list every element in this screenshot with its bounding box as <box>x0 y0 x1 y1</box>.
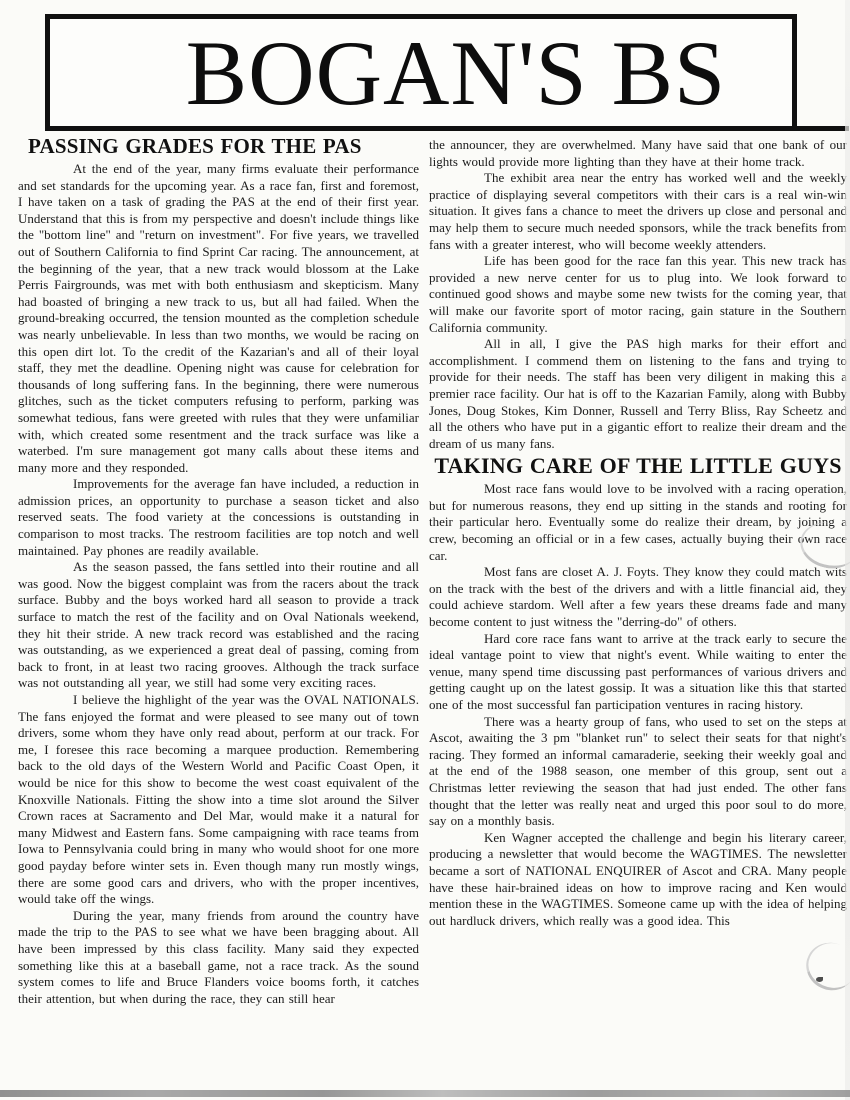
right-column: the announcer, they are overwhelmed. Man… <box>429 134 847 1082</box>
masthead-rule-extension <box>795 126 849 131</box>
body-paragraph: At the end of the year, many firms evalu… <box>18 161 419 476</box>
body-paragraph: Improvements for the average fan have in… <box>18 476 419 559</box>
article-heading-passing-grades: PASSING GRADES FOR THE PAS <box>18 134 419 158</box>
body-paragraph: I believe the highlight of the year was … <box>18 692 419 908</box>
body-paragraph: Hard core race fans want to arrive at th… <box>429 631 847 714</box>
body-paragraph: The exhibit area near the entry has work… <box>429 170 847 253</box>
left-column: PASSING GRADES FOR THE PAS At the end of… <box>18 134 419 1079</box>
scan-speck-artifact <box>816 977 823 982</box>
body-paragraph: There was a hearty group of fans, who us… <box>429 714 847 830</box>
body-paragraph: During the year, many friends from aroun… <box>18 908 419 1008</box>
body-paragraph-continuation: the announcer, they are overwhelmed. Man… <box>429 137 847 170</box>
body-paragraph: Life has been good for the race fan this… <box>429 253 847 336</box>
newsletter-page: BOGAN'S BS PASSING GRADES FOR THE PAS At… <box>0 0 850 1100</box>
body-paragraph: As the season passed, the fans settled i… <box>18 559 419 692</box>
body-paragraph: Most fans are closet A. J. Foyts. They k… <box>429 564 847 630</box>
newsletter-masthead: BOGAN'S BS <box>45 14 797 131</box>
masthead-title: BOGAN'S BS <box>186 27 726 119</box>
body-paragraph: All in all, I give the PAS high marks fo… <box>429 336 847 452</box>
body-paragraph: Ken Wagner accepted the challenge and be… <box>429 830 847 930</box>
article-heading-little-guys: TAKING CARE OF THE LITTLE GUYS <box>429 454 847 478</box>
body-paragraph: Most race fans would love to be involved… <box>429 481 847 564</box>
scan-bottom-bar <box>0 1090 850 1097</box>
scan-edge-shade <box>845 0 850 1100</box>
